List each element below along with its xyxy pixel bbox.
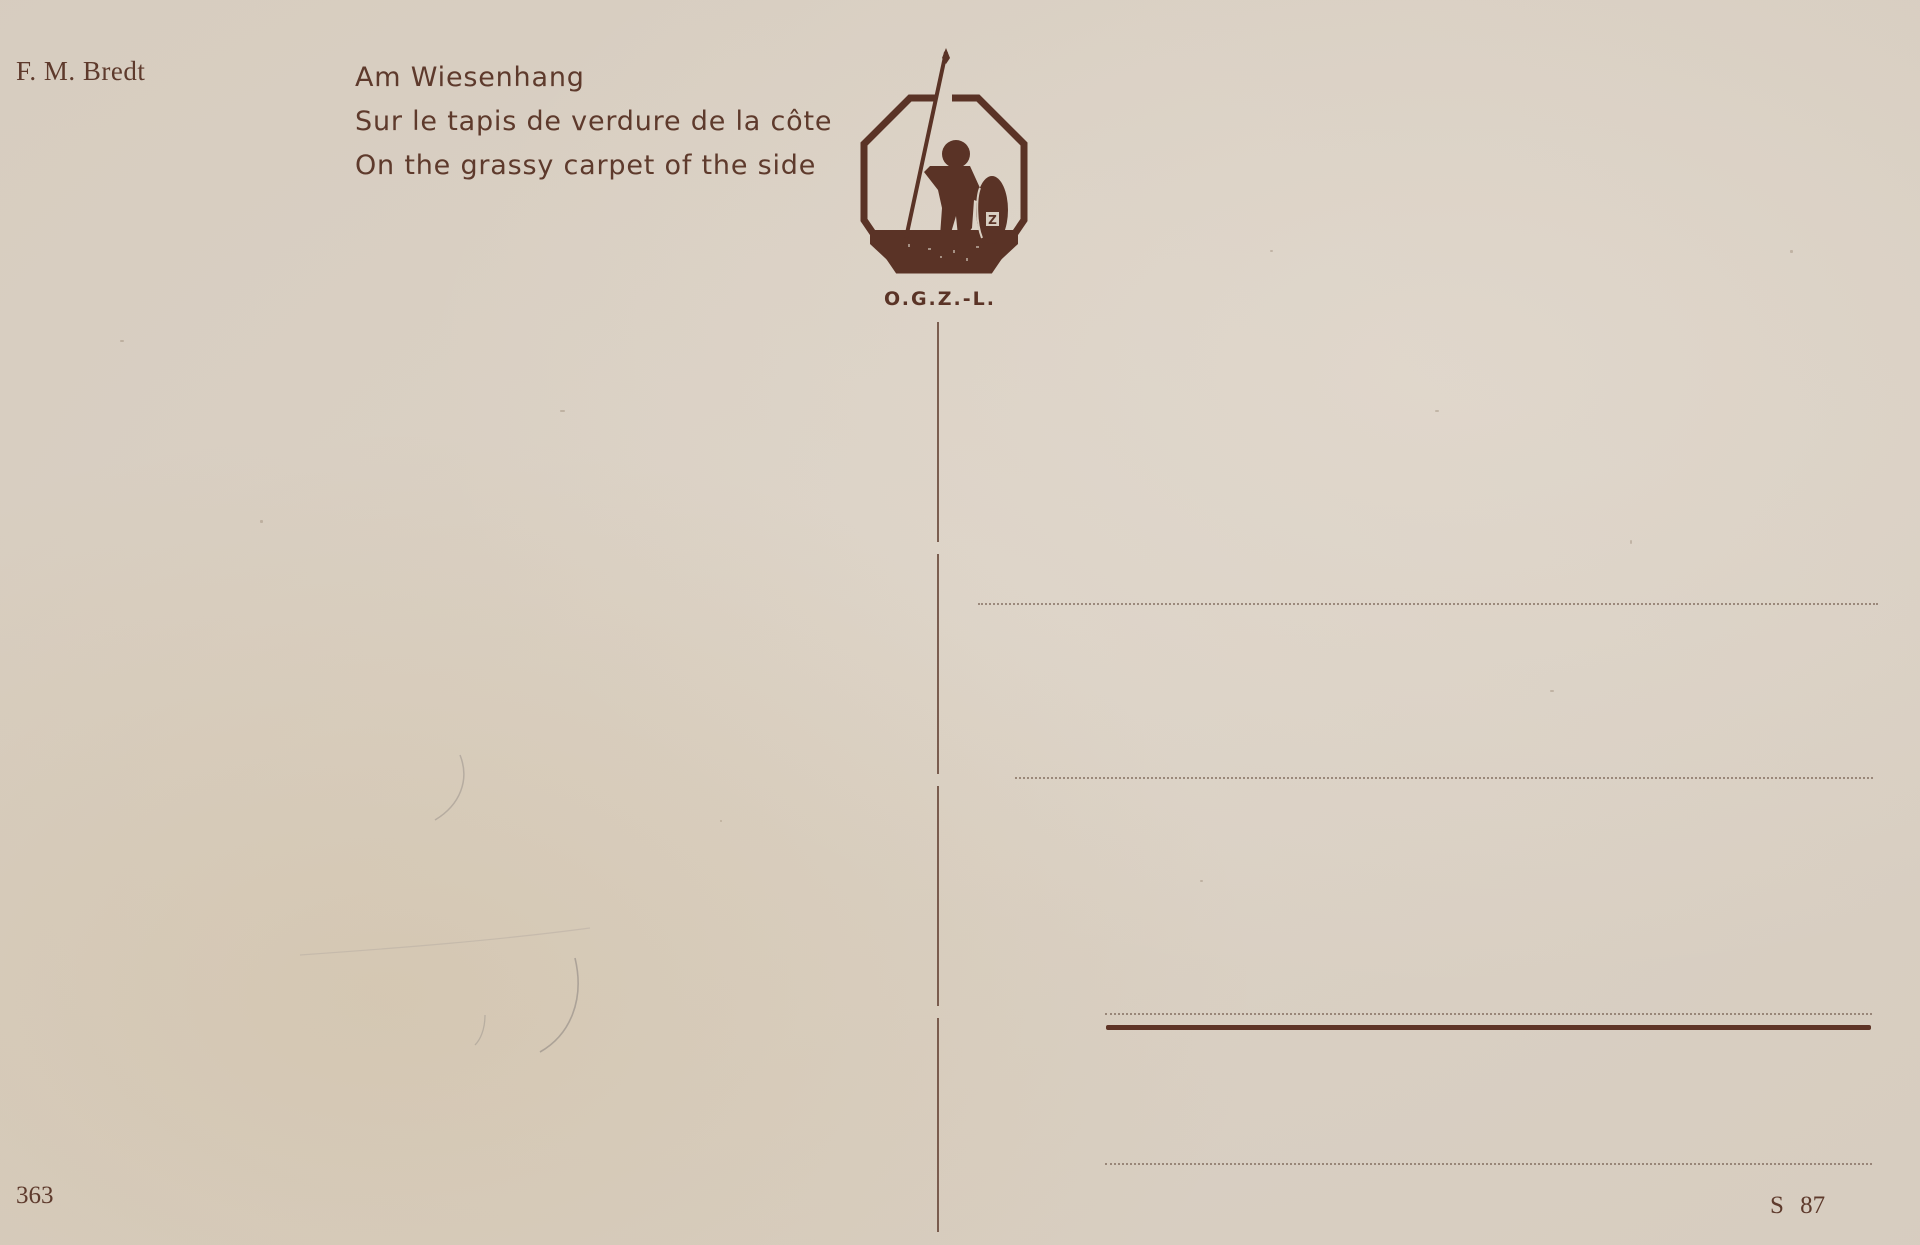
title-french: Sur le tapis de verdure de la côte — [355, 100, 832, 144]
postcard-back: F. M. Bredt Am Wiesenhang Sur le tapis d… — [0, 0, 1920, 1245]
title-english: On the grassy carpet of the side — [355, 144, 832, 188]
address-underline — [1106, 1025, 1871, 1030]
card-number: 363 — [16, 1182, 54, 1210]
address-line-1 — [978, 603, 1878, 605]
warrior-with-spear-and-shield-octagon-icon: Z — [858, 48, 1030, 280]
pencil-marks — [300, 700, 700, 1100]
title-german: Am Wiesenhang — [355, 56, 832, 100]
artist-name: F. M. Bredt — [16, 56, 145, 87]
title-block: Am Wiesenhang Sur le tapis de verdure de… — [355, 56, 832, 188]
publisher-mark: O.G.Z.-L. — [870, 288, 1010, 310]
series-number: S 87 — [1770, 1192, 1825, 1220]
center-divider-line — [937, 322, 939, 1232]
address-line-3 — [1105, 1013, 1872, 1015]
shield-letter: Z — [988, 213, 997, 227]
address-line-2 — [1015, 777, 1873, 779]
address-line-4 — [1105, 1163, 1872, 1165]
